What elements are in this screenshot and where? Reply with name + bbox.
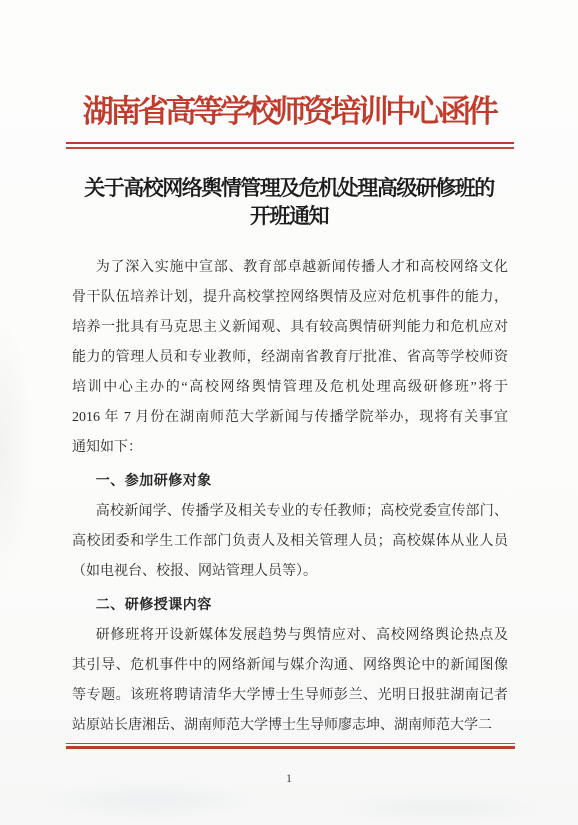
text-line: 研修班将开设新媒体发展趋势与舆情应对、高校网络舆论热点及 (72, 621, 508, 651)
section2-paragraph: 研修班将开设新媒体发展趋势与舆情应对、高校网络舆论热点及其引导、危机事件中的网络… (72, 621, 508, 741)
letterhead-double-rule (66, 142, 514, 149)
text-line: 其引导、危机事件中的网络新闻与媒介沟通、网络舆论中的新闻图像 (72, 651, 508, 681)
page-number: 1 (0, 771, 578, 786)
text-line: 培训中心主办的“高校网络舆情管理及危机处理高级研修班”将于 (72, 373, 508, 403)
document-body: 为了深入实施中宣部、教育部卓越新闻传播人才和高校网络文化骨干队伍培养计划，提升高… (72, 253, 508, 741)
text-line: 培养一批具有马克思主义新闻观、具有较高舆情研判能力和危机应对 (72, 313, 508, 343)
text-line: 能力的管理人员和专业教师，经湖南省教育厅批准、省高等学校师资 (72, 343, 508, 373)
intro-paragraph: 为了深入实施中宣部、教育部卓越新闻传播人才和高校网络文化骨干队伍培养计划，提升高… (72, 253, 508, 463)
footer-double-rule (66, 743, 515, 749)
text-line: 高校团委和学生工作部门负责人及相关管理人员；高校媒体从业人员 (72, 527, 508, 557)
scan-smudge (330, 790, 550, 825)
text-line: 等专题。该班将聘请清华大学博士生导师彭兰、光明日报驻湖南记者 (72, 681, 508, 711)
text-line: 站原站长唐湘岳、湖南师范大学博士生导师廖志坤、湖南师范大学二 (72, 711, 508, 741)
text-line: 通知如下： (72, 433, 508, 463)
document-title-line2: 开班通知 (60, 202, 518, 230)
scan-smudge (40, 780, 260, 820)
document-title-line1: 关于高校网络舆情管理及危机处理高级研修班的 (60, 174, 518, 202)
text-line: 2016 年 7 月份在湖南师范大学新闻与传播学院举办，现将有关事宜 (72, 403, 508, 433)
section1-paragraph: 高校新闻学、传播学及相关专业的专任教师；高校党委宣传部门、高校团委和学生工作部门… (72, 497, 508, 587)
text-line: 高校新闻学、传播学及相关专业的专任教师；高校党委宣传部门、 (72, 497, 508, 527)
text-line: 骨干队伍培养计划，提升高校掌控网络舆情及应对危机事件的能力， (72, 283, 508, 313)
document-page: 湖南省高等学校师资培训中心函件 关于高校网络舆情管理及危机处理高级研修班的 开班… (0, 0, 578, 825)
scan-smudge (0, 320, 30, 580)
section1-heading: 一、参加研修对象 (72, 467, 508, 497)
text-line: 为了深入实施中宣部、教育部卓越新闻传播人才和高校网络文化 (72, 253, 508, 283)
section2-heading: 二、研修授课内容 (72, 591, 508, 621)
letterhead-title: 湖南省高等学校师资培训中心函件 (0, 86, 578, 131)
document-title: 关于高校网络舆情管理及危机处理高级研修班的 开班通知 (60, 174, 518, 230)
text-line: （如电视台、校报、网站管理人员等）。 (72, 557, 508, 587)
